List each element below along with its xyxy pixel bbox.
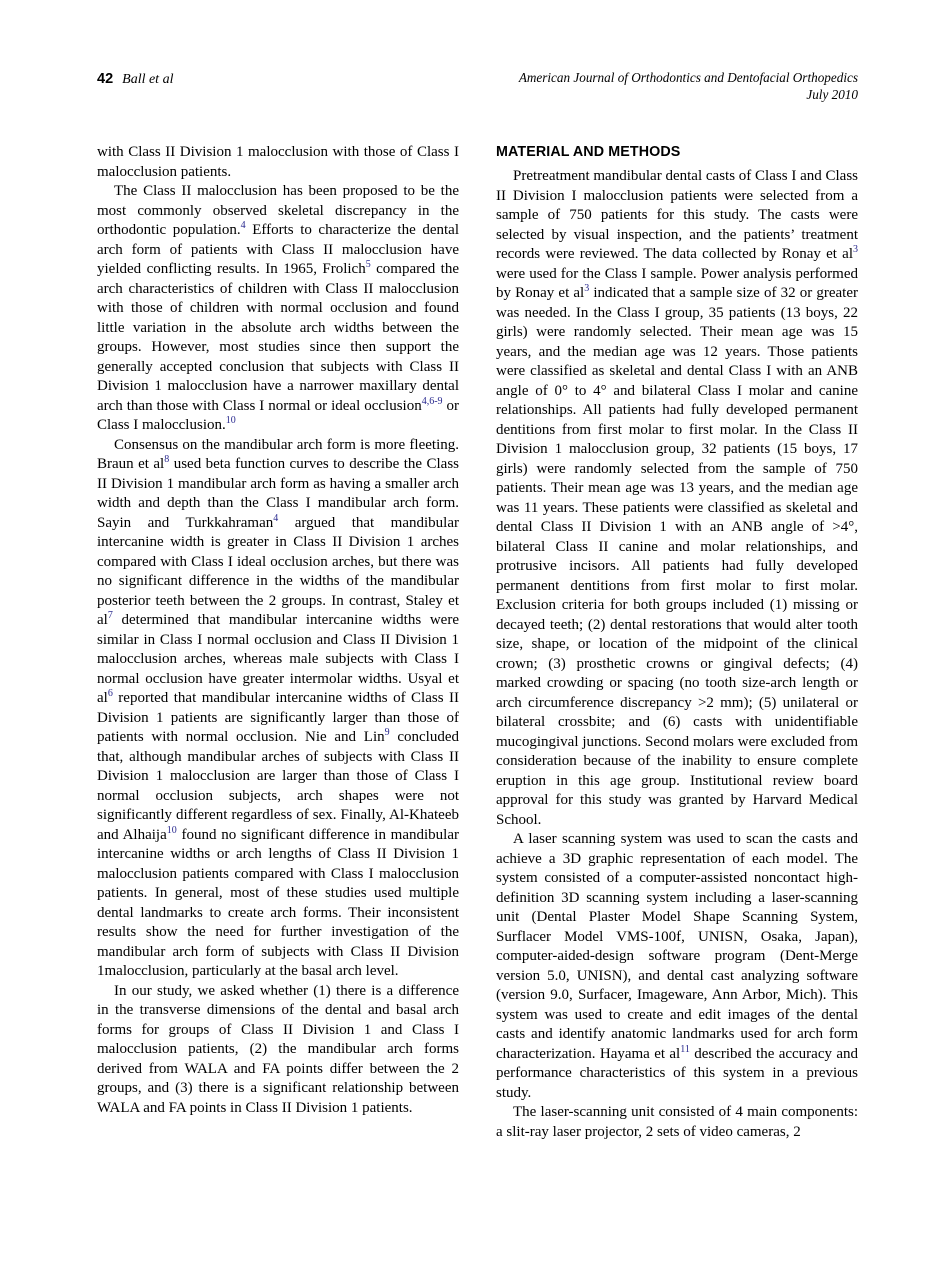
citation-reference: 3: [584, 283, 589, 294]
citation-reference: 9: [385, 727, 390, 738]
citation-reference: 10: [226, 415, 236, 426]
citation-reference: 4,6-9: [422, 396, 443, 407]
running-head-left: 42Ball et al: [97, 70, 173, 88]
citation-reference: 11: [680, 1044, 690, 1055]
citation-reference: 4: [241, 220, 246, 231]
paragraph: with Class II Division 1 malocclusion wi…: [97, 143, 459, 182]
paragraph: Pretreatment mandibular dental casts of …: [496, 167, 858, 830]
citation-reference: 10: [167, 825, 177, 836]
journal-page: 42Ball et al American Journal of Orthodo…: [0, 0, 950, 1272]
page-header: 42Ball et al American Journal of Orthodo…: [97, 70, 858, 103]
citation-reference: 7: [108, 610, 113, 621]
paragraph: Consensus on the mandibular arch form is…: [97, 436, 459, 982]
paragraph: The Class II malocclusion has been propo…: [97, 182, 459, 436]
citation-reference: 5: [366, 259, 371, 270]
left-column: with Class II Division 1 malocclusion wi…: [97, 143, 459, 1142]
citation-reference: 3: [853, 244, 858, 255]
paragraph: The laser-scanning unit consisted of 4 m…: [496, 1103, 858, 1142]
page-number: 42: [97, 71, 113, 87]
section-heading-material-and-methods: MATERIAL AND METHODS: [496, 144, 858, 160]
paragraph: A laser scanning system was used to scan…: [496, 830, 858, 1103]
citation-reference: 6: [108, 688, 113, 699]
citation-reference: 8: [164, 454, 169, 465]
right-column: MATERIAL AND METHODS Pretreatment mandib…: [496, 143, 858, 1142]
citation-reference: 4: [273, 513, 278, 524]
paragraph: In our study, we asked whether (1) there…: [97, 982, 459, 1119]
running-authors: Ball et al: [122, 72, 173, 87]
running-head-right: American Journal of Orthodontics and Den…: [519, 70, 858, 103]
issue-date: July 2010: [519, 87, 858, 104]
journal-title: American Journal of Orthodontics and Den…: [519, 70, 858, 87]
two-column-body: with Class II Division 1 malocclusion wi…: [97, 143, 858, 1142]
